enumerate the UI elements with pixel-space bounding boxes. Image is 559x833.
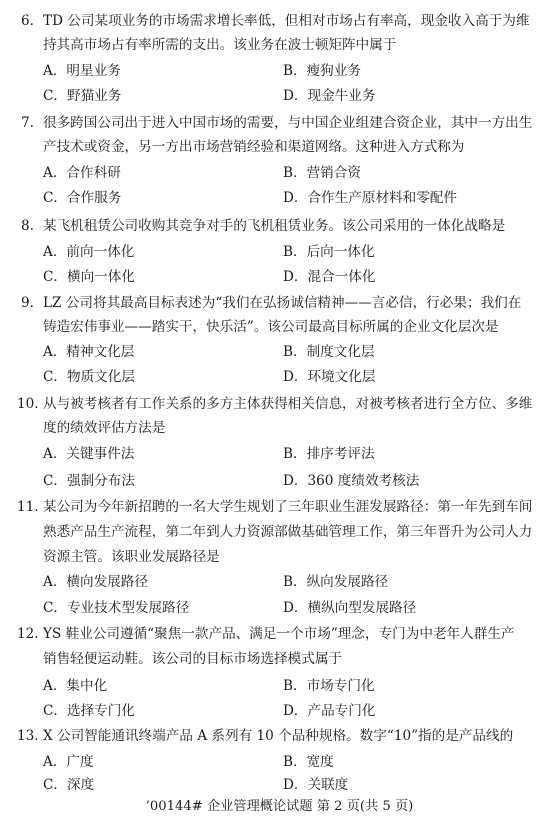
option-c: C．横向一体化 — [43, 267, 135, 287]
question-text: 某飞机租赁公司收购其竞争对手的飞机租赁业务。该公司采用的一体化战略是 — [43, 216, 505, 236]
option-a: A．合作科研 — [43, 163, 121, 183]
question-text: TD 公司某项业务的市场需求增长率低，但相对市场占有率高，现金收入高于为维 — [43, 11, 529, 31]
option-b: B．市场专门化 — [283, 676, 375, 696]
option-d: D．合作生产原材料和零配件 — [283, 188, 457, 208]
option-b: B．排序考评法 — [283, 444, 375, 464]
option-b: B．营销合资 — [283, 163, 361, 183]
page-footer: ’00144# 企业管理概论试题 第 2 页(共 5 页) — [0, 797, 559, 817]
option-c: C．合作服务 — [43, 188, 121, 208]
option-c: C．物质文化层 — [43, 367, 135, 387]
question-text: 铸造宏伟事业——踏实干，快乐活”。该公司最高目标所属的企业文化层次是 — [43, 317, 499, 337]
question-text: LZ 公司将其最高目标表述为“我们在弘扬诚信精神——言必信，行必果；我们在 — [43, 293, 521, 313]
option-d: D．横纵向型发展路径 — [283, 598, 416, 618]
question-text: YS 鞋业公司遵循“聚焦一款产品、满足一个市场”理念，专门为中老年人群生产 — [43, 624, 515, 644]
option-a: A．集中化 — [43, 676, 107, 696]
option-d: D．产品专门化 — [283, 701, 375, 721]
option-a: A．横向发展路径 — [43, 572, 148, 592]
option-d: D．环境文化层 — [283, 367, 375, 387]
option-d: D．360 度绩效考核法 — [283, 471, 419, 491]
option-a: A．广度 — [43, 752, 94, 772]
option-b: B．瘦狗业务 — [283, 61, 361, 81]
option-c: C．专业技术型发展路径 — [43, 598, 189, 618]
option-b: B．宽度 — [283, 752, 334, 772]
question-number: 7. — [21, 113, 34, 133]
question-number: 13. — [17, 726, 39, 746]
question-number: 11. — [17, 497, 39, 517]
option-c: C．选择专门化 — [43, 701, 135, 721]
question-text: 熟悉产品生产流程，第二年到人力资源部做基础管理工作，第三年晋升为公司人力 — [43, 522, 532, 542]
question-text: 很多跨国公司出于进入中国市场的需要，与中国企业组建合资企业，其中一方出生 — [43, 113, 532, 133]
option-c: C．强制分布法 — [43, 471, 135, 491]
question-text: 某公司为今年新招聘的一名大学生规划了三年职业生涯发展路径：第一年先到车间 — [43, 497, 532, 517]
question-number: 9. — [21, 293, 34, 313]
question-text: 资源主管。该职业发展路径是 — [43, 547, 220, 567]
option-b: B．制度文化层 — [283, 342, 375, 362]
question-text: 产技术或资金，另一方出市场营销经验和渠道网络。这种进入方式称为 — [43, 137, 464, 157]
option-b: B．纵向发展路径 — [283, 572, 388, 592]
question-text: 从与被考核者有工作关系的多方主体获得相关信息，对被考核者进行全方位、多维 — [43, 394, 532, 414]
question-number: 8. — [21, 216, 34, 236]
exam-page: 6. TD 公司某项业务的市场需求增长率低，但相对市场占有率高，现金收入高于为维… — [0, 0, 559, 833]
question-text: 度的绩效评估方法是 — [43, 418, 165, 438]
option-d: D．关联度 — [283, 775, 348, 795]
option-c: C．野猫业务 — [43, 86, 121, 106]
question-number: 12. — [17, 624, 39, 644]
option-a: A．精神文化层 — [43, 342, 134, 362]
option-a: A．前向一体化 — [43, 242, 134, 262]
question-text: 销售轻便运动鞋。该公司的目标市场选择模式属于 — [43, 649, 342, 669]
option-c: C．深度 — [43, 775, 94, 795]
option-d: D．混合一体化 — [283, 267, 375, 287]
question-text: X 公司智能通讯终端产品 A 系列有 10 个品种规格。数字“10”指的是产品线… — [43, 726, 513, 746]
option-a: A．明星业务 — [43, 61, 121, 81]
option-b: B．后向一体化 — [283, 242, 375, 262]
option-a: A．关键事件法 — [43, 444, 134, 464]
question-number: 10. — [17, 394, 39, 414]
option-d: D．现金牛业务 — [283, 86, 375, 106]
question-text: 持其高市场占有率所需的支出。该业务在波士顿矩阵中属于 — [43, 35, 396, 55]
question-number: 6. — [21, 11, 34, 31]
